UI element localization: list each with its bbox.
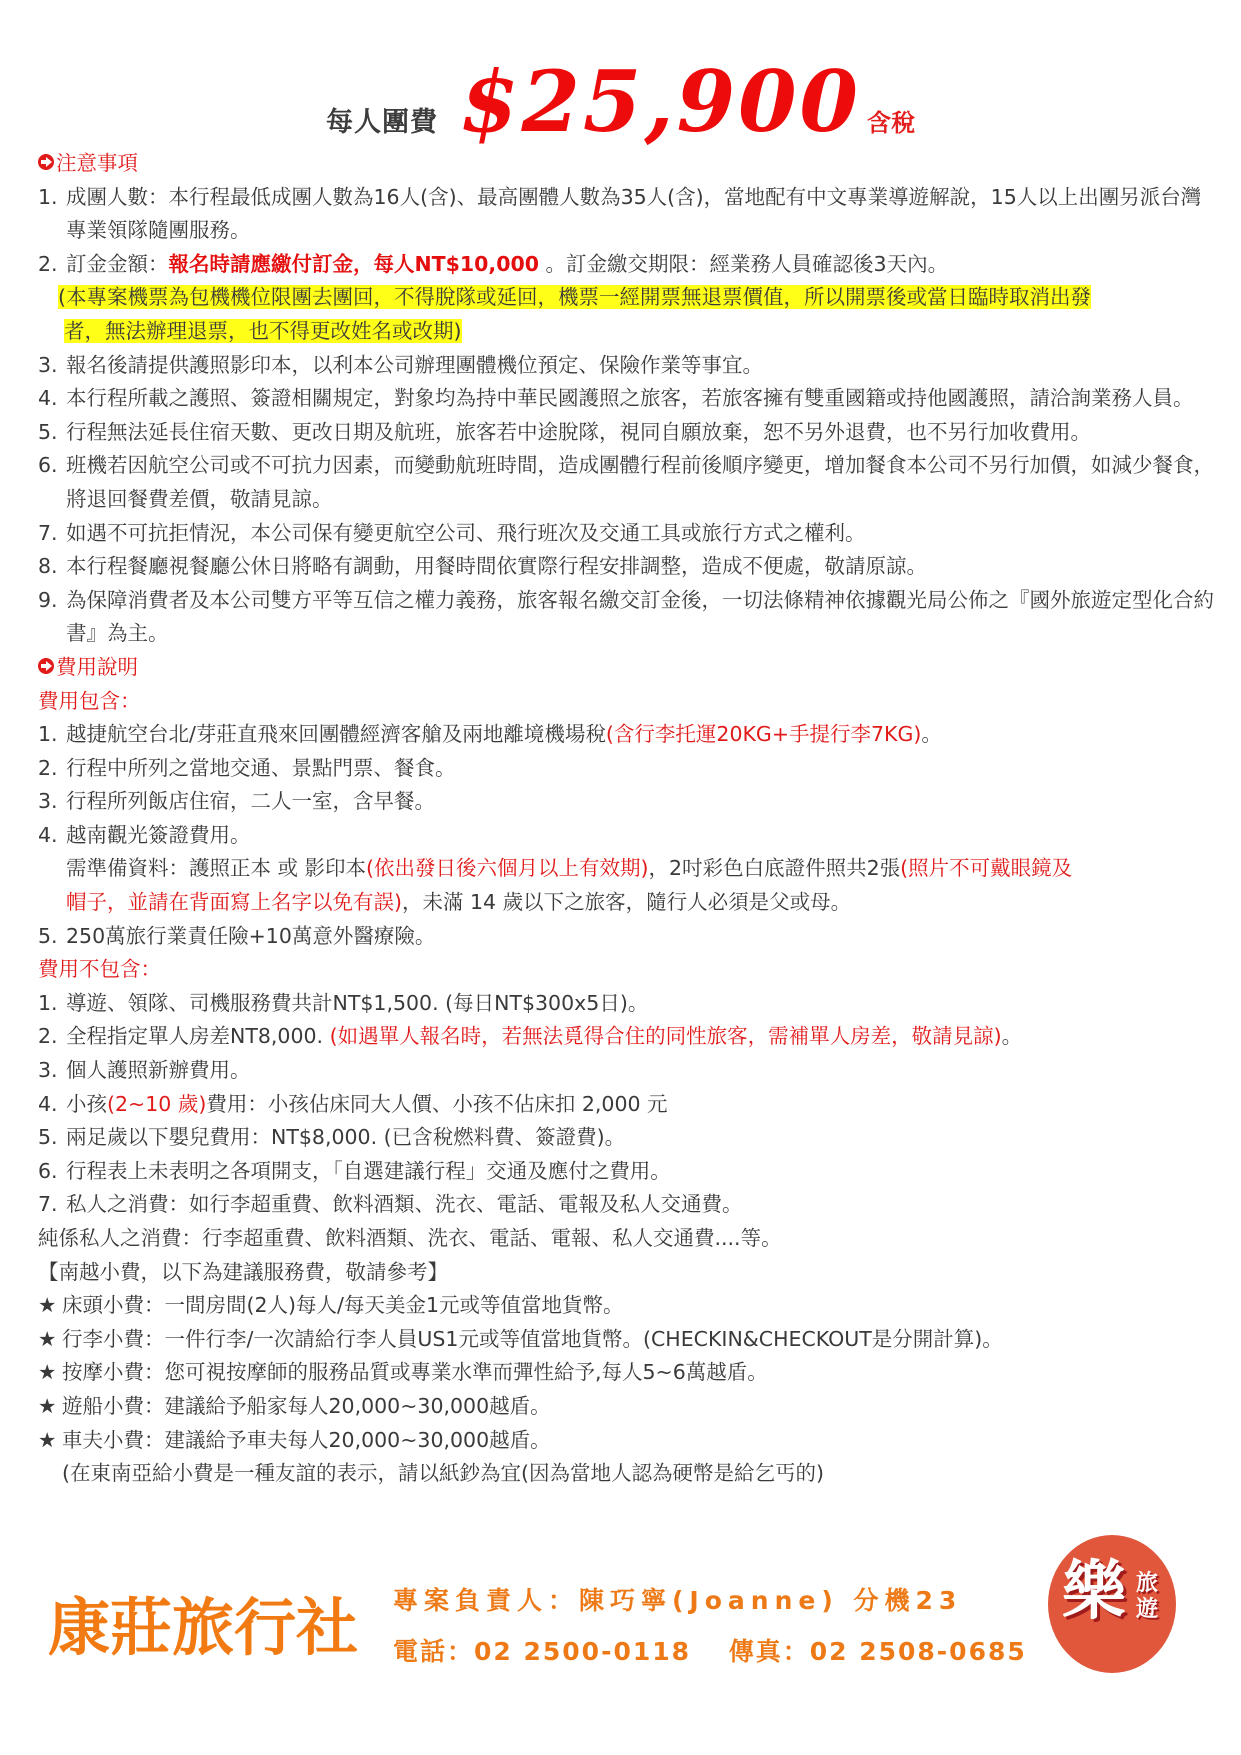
ticket-policy-highlight-cont: 者，無法辦理退票，也不得更改姓名或改期): [58, 315, 1218, 349]
price-amount: $25,900: [460, 52, 861, 151]
brand-logo: 樂 旅遊: [1048, 1535, 1176, 1673]
star-icon: ★: [38, 1356, 62, 1390]
phone-fax: 電話：02 2500-0118 傳真：02 2508-0685: [393, 1632, 1027, 1668]
tip-item-boat: ★遊船小費：建議給予船家每人20,000~30,000越盾。: [38, 1390, 1218, 1424]
tips-note: (在東南亞給小費是一種友誼的表示，請以紙鈔為宜(因為當地人認為硬幣是給乞丐的): [38, 1457, 1218, 1491]
logo-subtext: 旅遊: [1136, 1571, 1162, 1623]
notice-item-5: 5.行程無法延長住宿天數、更改日期及航班，旅客若中途脫隊，視同自願放棄，恕不另外…: [38, 416, 1218, 450]
price-label: 每人團費: [326, 100, 438, 139]
document-body: 注意事項 1.成團人數：本行程最低成團人數為16人(含)、最高團體人數為35人(…: [38, 147, 1218, 1491]
star-icon: ★: [38, 1390, 62, 1424]
notice-item-7: 7.如遇不可抗拒情況，本公司保有變更航空公司、飛行班次及交通工具或旅行方式之權利…: [38, 517, 1218, 551]
ticket-policy-highlight: (本專案機票為包機機位限團去團回，不得脫隊或延回，機票一經開票無退票價值，所以開…: [58, 281, 1218, 315]
excluded-item-3: 3.個人護照新辦費用。: [38, 1054, 1218, 1088]
notice-item-4: 4.本行程所載之護照、簽證相關規定，對象均為持中華民國護照之旅客，若旅客擁有雙重…: [38, 382, 1218, 416]
deposit-emphasis: 報名時請應繳付訂金，每人NT$10,000: [169, 252, 540, 276]
tip-item-bedside: ★床頭小費：一間房間(2人)每人/每天美金1元或等值當地貨幣。: [38, 1289, 1218, 1323]
excluded-heading: 費用不包含：: [38, 953, 1218, 987]
excluded-item-2: 2.全程指定單人房差NT8,000. (如遇單人報名時，若無法覓得合住的同性旅客…: [38, 1020, 1218, 1054]
notice-item-9: 9.為保障消費者及本公司雙方平等互信之權力義務，旅客報名繳交訂金後，一切法條精神…: [38, 584, 1218, 651]
notice-item-1: 1.成團人數：本行程最低成團人數為16人(含)、最高團體人數為35人(含)，當地…: [38, 181, 1218, 248]
tip-item-luggage: ★行李小費：一件行李/一次請給行李人員US1元或等值當地貨幣。(CHECKIN&…: [38, 1323, 1218, 1357]
star-icon: ★: [38, 1424, 62, 1458]
excluded-item-1: 1.導遊、領隊、司機服務費共計NT$1,500. (每日NT$300x5日)。: [38, 987, 1218, 1021]
included-item-1: 1.越捷航空台北/芽莊直飛來回團體經濟客艙及兩地離境機場稅(含行李托運20KG+…: [38, 718, 1218, 752]
tour-price-document: 每人團費$25,900含稅 注意事項 1.成團人數：本行程最低成團人數為16人(…: [0, 0, 1241, 1755]
arrow-right-circle-icon: [38, 154, 54, 170]
excluded-item-5: 5.兩足歲以下嬰兒費用：NT$8,000. (已含稅燃料費、簽證費)。: [38, 1121, 1218, 1155]
included-item-2: 2.行程中所列之當地交通、景點門票、餐食。: [38, 752, 1218, 786]
excluded-item-7: 7.私人之消費：如行李超重費、飲料酒類、洗衣、電話、電報及私人交通費。: [38, 1188, 1218, 1222]
company-name: 康莊旅行社: [48, 1578, 358, 1667]
logo-character: 樂: [1062, 1557, 1126, 1627]
price-header: 每人團費$25,900含稅: [0, 52, 1241, 152]
notice-item-6: 6.班機若因航空公司或不可抗力因素，而變動航班時間，造成團體行程前後順序變更，增…: [38, 449, 1218, 516]
tips-heading: 【南越小費，以下為建議服務費，敬請參考】: [38, 1256, 1218, 1290]
visa-docs-line-2: 帽子，並請在背面寫上名字以免有誤)，未滿 14 歲以下之旅客，隨行人必須是父或母…: [38, 886, 1218, 920]
fees-heading: 費用說明: [38, 651, 1218, 685]
notice-item-8: 8.本行程餐廳視餐廳公休日將略有調動，用餐時間依實際行程安排調整，造成不便處，敬…: [38, 550, 1218, 584]
star-icon: ★: [38, 1289, 62, 1323]
arrow-right-circle-icon: [38, 658, 54, 674]
tip-item-driver: ★車夫小費：建議給予車夫每人20,000~30,000越盾。: [38, 1424, 1218, 1458]
star-icon: ★: [38, 1323, 62, 1357]
private-expense-note: 純係私人之消費：行李超重費、飲料酒類、洗衣、電話、電報、私人交通費....等。: [38, 1222, 1218, 1256]
included-item-5: 5.250萬旅行業責任險+10萬意外醫療險。: [38, 920, 1218, 954]
excluded-item-6: 6.行程表上未表明之各項開支，「自選建議行程」交通及應付之費用。: [38, 1155, 1218, 1189]
excluded-item-4: 4.小孩(2~10 歲)費用：小孩佔床同大人價、小孩不佔床扣 2,000 元: [38, 1088, 1218, 1122]
notice-item-2: 2.訂金金額：報名時請應繳付訂金，每人NT$10,000 。訂金繳交期限：經業務…: [38, 248, 1218, 282]
contact-person: 專案負責人：陳巧寧(Joanne) 分機23: [393, 1581, 962, 1617]
included-item-3: 3.行程所列飯店住宿，二人一室，含早餐。: [38, 785, 1218, 819]
notices-heading: 注意事項: [38, 147, 1218, 181]
visa-docs-line-1: 需準備資料：護照正本 或 影印本(依出發日後六個月以上有效期)，2吋彩色白底證件…: [38, 852, 1218, 886]
included-heading: 費用包含：: [38, 685, 1218, 719]
price-tax-note: 含稅: [867, 103, 915, 138]
tip-item-massage: ★按摩小費：您可視按摩師的服務品質或專業水準而彈性給予,每人5~6萬越盾。: [38, 1356, 1218, 1390]
included-item-4: 4.越南觀光簽證費用。: [38, 819, 1218, 853]
notice-item-3: 3.報名後請提供護照影印本，以利本公司辦理團體機位預定、保險作業等事宜。: [38, 349, 1218, 383]
